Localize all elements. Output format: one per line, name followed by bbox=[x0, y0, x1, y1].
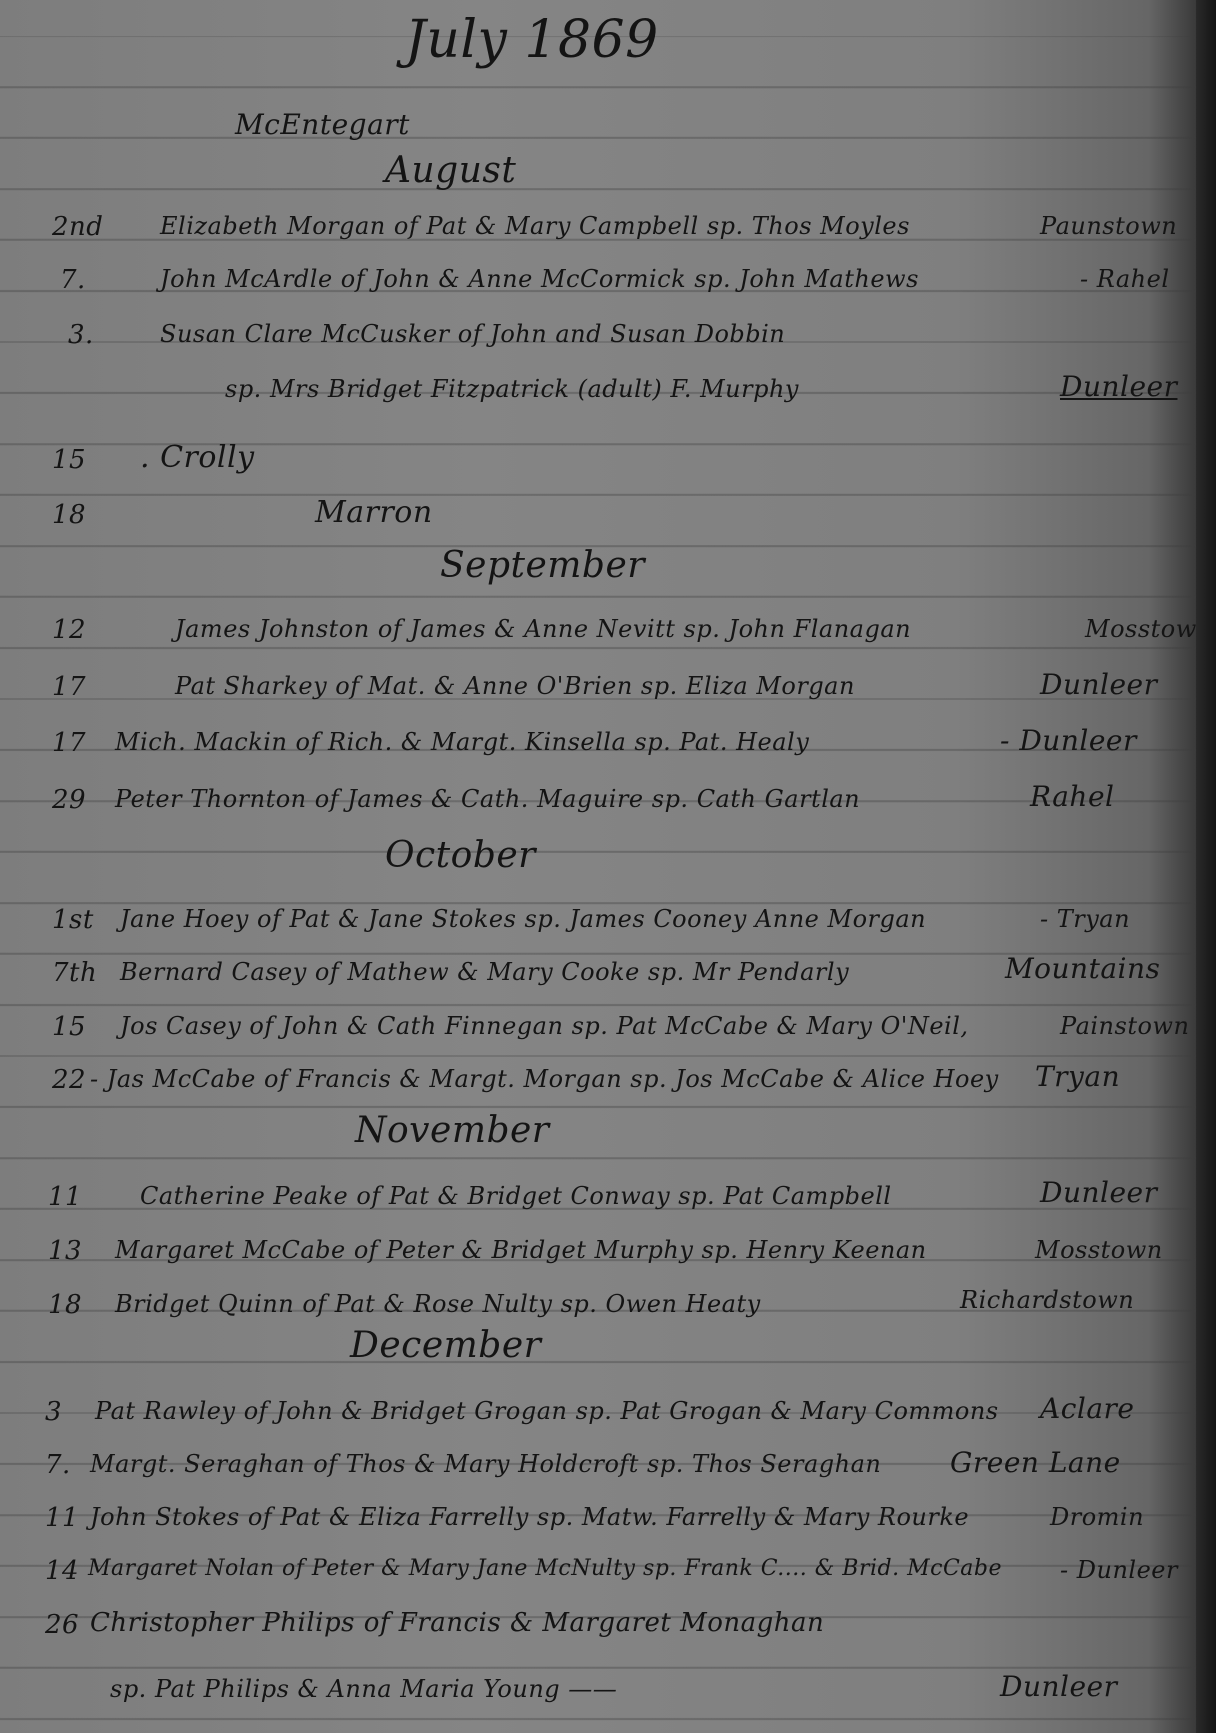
month-heading-october: October bbox=[385, 835, 536, 876]
entry-day: 26 bbox=[45, 1610, 79, 1640]
entry-place: - Dunleer bbox=[1060, 1556, 1178, 1584]
entry-text: Margaret Nolan of Peter & Mary Jane McNu… bbox=[88, 1556, 1002, 1581]
entry-day: 15 bbox=[52, 1012, 86, 1042]
header-name: McEntegart bbox=[235, 108, 410, 141]
entry-text: Catherine Peake of Pat & Bridget Conway … bbox=[140, 1182, 892, 1210]
entry-day: 22 bbox=[52, 1065, 86, 1095]
entry-text: sp. Pat Philips & Anna Maria Young —— bbox=[110, 1675, 617, 1703]
entry-text: Bernard Casey of Mathew & Mary Cooke sp.… bbox=[120, 958, 849, 986]
entry-place: - Rahel bbox=[1080, 265, 1170, 293]
entry-text: Pat Rawley of John & Bridget Grogan sp. … bbox=[95, 1397, 999, 1425]
entry-day: 17 bbox=[52, 728, 86, 758]
entry-place: Richardstown bbox=[960, 1286, 1134, 1314]
entry-text: James Johnston of James & Anne Nevitt sp… bbox=[175, 615, 911, 643]
month-heading-september: September bbox=[440, 545, 645, 586]
entry-day: 2nd bbox=[52, 212, 103, 242]
entry-day: 17 bbox=[52, 672, 86, 702]
book-spine-shadow bbox=[1196, 0, 1216, 1733]
entry-text: John McArdle of John & Anne McCormick sp… bbox=[160, 265, 919, 293]
entry-place: Dunleer bbox=[1040, 668, 1158, 701]
entry-day: 15 bbox=[52, 445, 86, 475]
entry-day: 1st bbox=[52, 905, 94, 935]
entry-text: Marron bbox=[315, 495, 433, 530]
entry-text: Peter Thornton of James & Cath. Maguire … bbox=[115, 785, 860, 813]
entry-day: 11 bbox=[45, 1503, 79, 1533]
month-heading-december: December bbox=[350, 1325, 541, 1366]
entry-day: 11 bbox=[48, 1182, 82, 1212]
entry-text: Pat Sharkey of Mat. & Anne O'Brien sp. E… bbox=[175, 672, 855, 700]
entry-place: - Dunleer bbox=[1000, 724, 1137, 757]
entry-place: Aclare bbox=[1040, 1392, 1135, 1425]
entry-place: Painstown bbox=[1060, 1012, 1189, 1040]
entry-place: - Tryan bbox=[1040, 905, 1130, 933]
month-heading-august: August bbox=[385, 150, 516, 191]
entry-text: Jane Hoey of Pat & Jane Stokes sp. James… bbox=[120, 905, 926, 933]
entry-text: Christopher Philips of Francis & Margare… bbox=[90, 1608, 824, 1638]
entry-place: Dromin bbox=[1050, 1503, 1144, 1531]
entry-place: Mountains bbox=[1005, 952, 1160, 985]
entry-day: 18 bbox=[52, 500, 86, 530]
entry-text: Susan Clare McCusker of John and Susan D… bbox=[160, 320, 785, 348]
page-title: July 1869 bbox=[405, 10, 659, 70]
entry-day: 7. bbox=[45, 1450, 71, 1480]
entry-place: Mosstown bbox=[1085, 615, 1196, 643]
entry-text: Bridget Quinn of Pat & Rose Nulty sp. Ow… bbox=[115, 1290, 761, 1318]
entry-text: . Crolly bbox=[140, 440, 255, 475]
entry-place: Dunleer bbox=[1060, 370, 1178, 403]
entry-day: 3. bbox=[68, 320, 94, 350]
entry-text: Margt. Seraghan of Thos & Mary Holdcroft… bbox=[90, 1450, 881, 1478]
entry-day: 14 bbox=[45, 1556, 79, 1586]
entry-text: Jos Casey of John & Cath Finnegan sp. Pa… bbox=[120, 1012, 969, 1040]
entry-text: sp. Mrs Bridget Fitzpatrick (adult) F. M… bbox=[225, 375, 799, 403]
entry-day: 13 bbox=[48, 1236, 82, 1266]
entry-day: 7th bbox=[52, 958, 97, 988]
entry-text: Mich. Mackin of Rich. & Margt. Kinsella … bbox=[115, 728, 809, 756]
entry-place: Paunstown bbox=[1040, 212, 1177, 240]
entry-text: Elizabeth Morgan of Pat & Mary Campbell … bbox=[160, 212, 910, 240]
entry-day: 29 bbox=[52, 785, 86, 815]
entry-place: Tryan bbox=[1035, 1060, 1120, 1093]
entry-place: Mosstown bbox=[1035, 1236, 1163, 1264]
entry-text: Margaret McCabe of Peter & Bridget Murph… bbox=[115, 1236, 927, 1264]
entry-place: Rahel bbox=[1030, 780, 1114, 813]
entry-text: - Jas McCabe of Francis & Margt. Morgan … bbox=[90, 1065, 999, 1093]
entry-text: John Stokes of Pat & Eliza Farrelly sp. … bbox=[90, 1503, 969, 1531]
entry-day: 12 bbox=[52, 615, 86, 645]
entry-place: Dunleer bbox=[1040, 1176, 1158, 1209]
entry-day: 18 bbox=[48, 1290, 82, 1320]
entry-place: Dunleer bbox=[1000, 1670, 1118, 1703]
entry-place: Green Lane bbox=[950, 1446, 1121, 1479]
entry-day: 3 bbox=[45, 1397, 62, 1427]
entry-day: 7. bbox=[60, 265, 86, 295]
register-page: July 1869 McEntegart August 2nd Elizabet… bbox=[0, 0, 1196, 1733]
month-heading-november: November bbox=[355, 1110, 550, 1151]
